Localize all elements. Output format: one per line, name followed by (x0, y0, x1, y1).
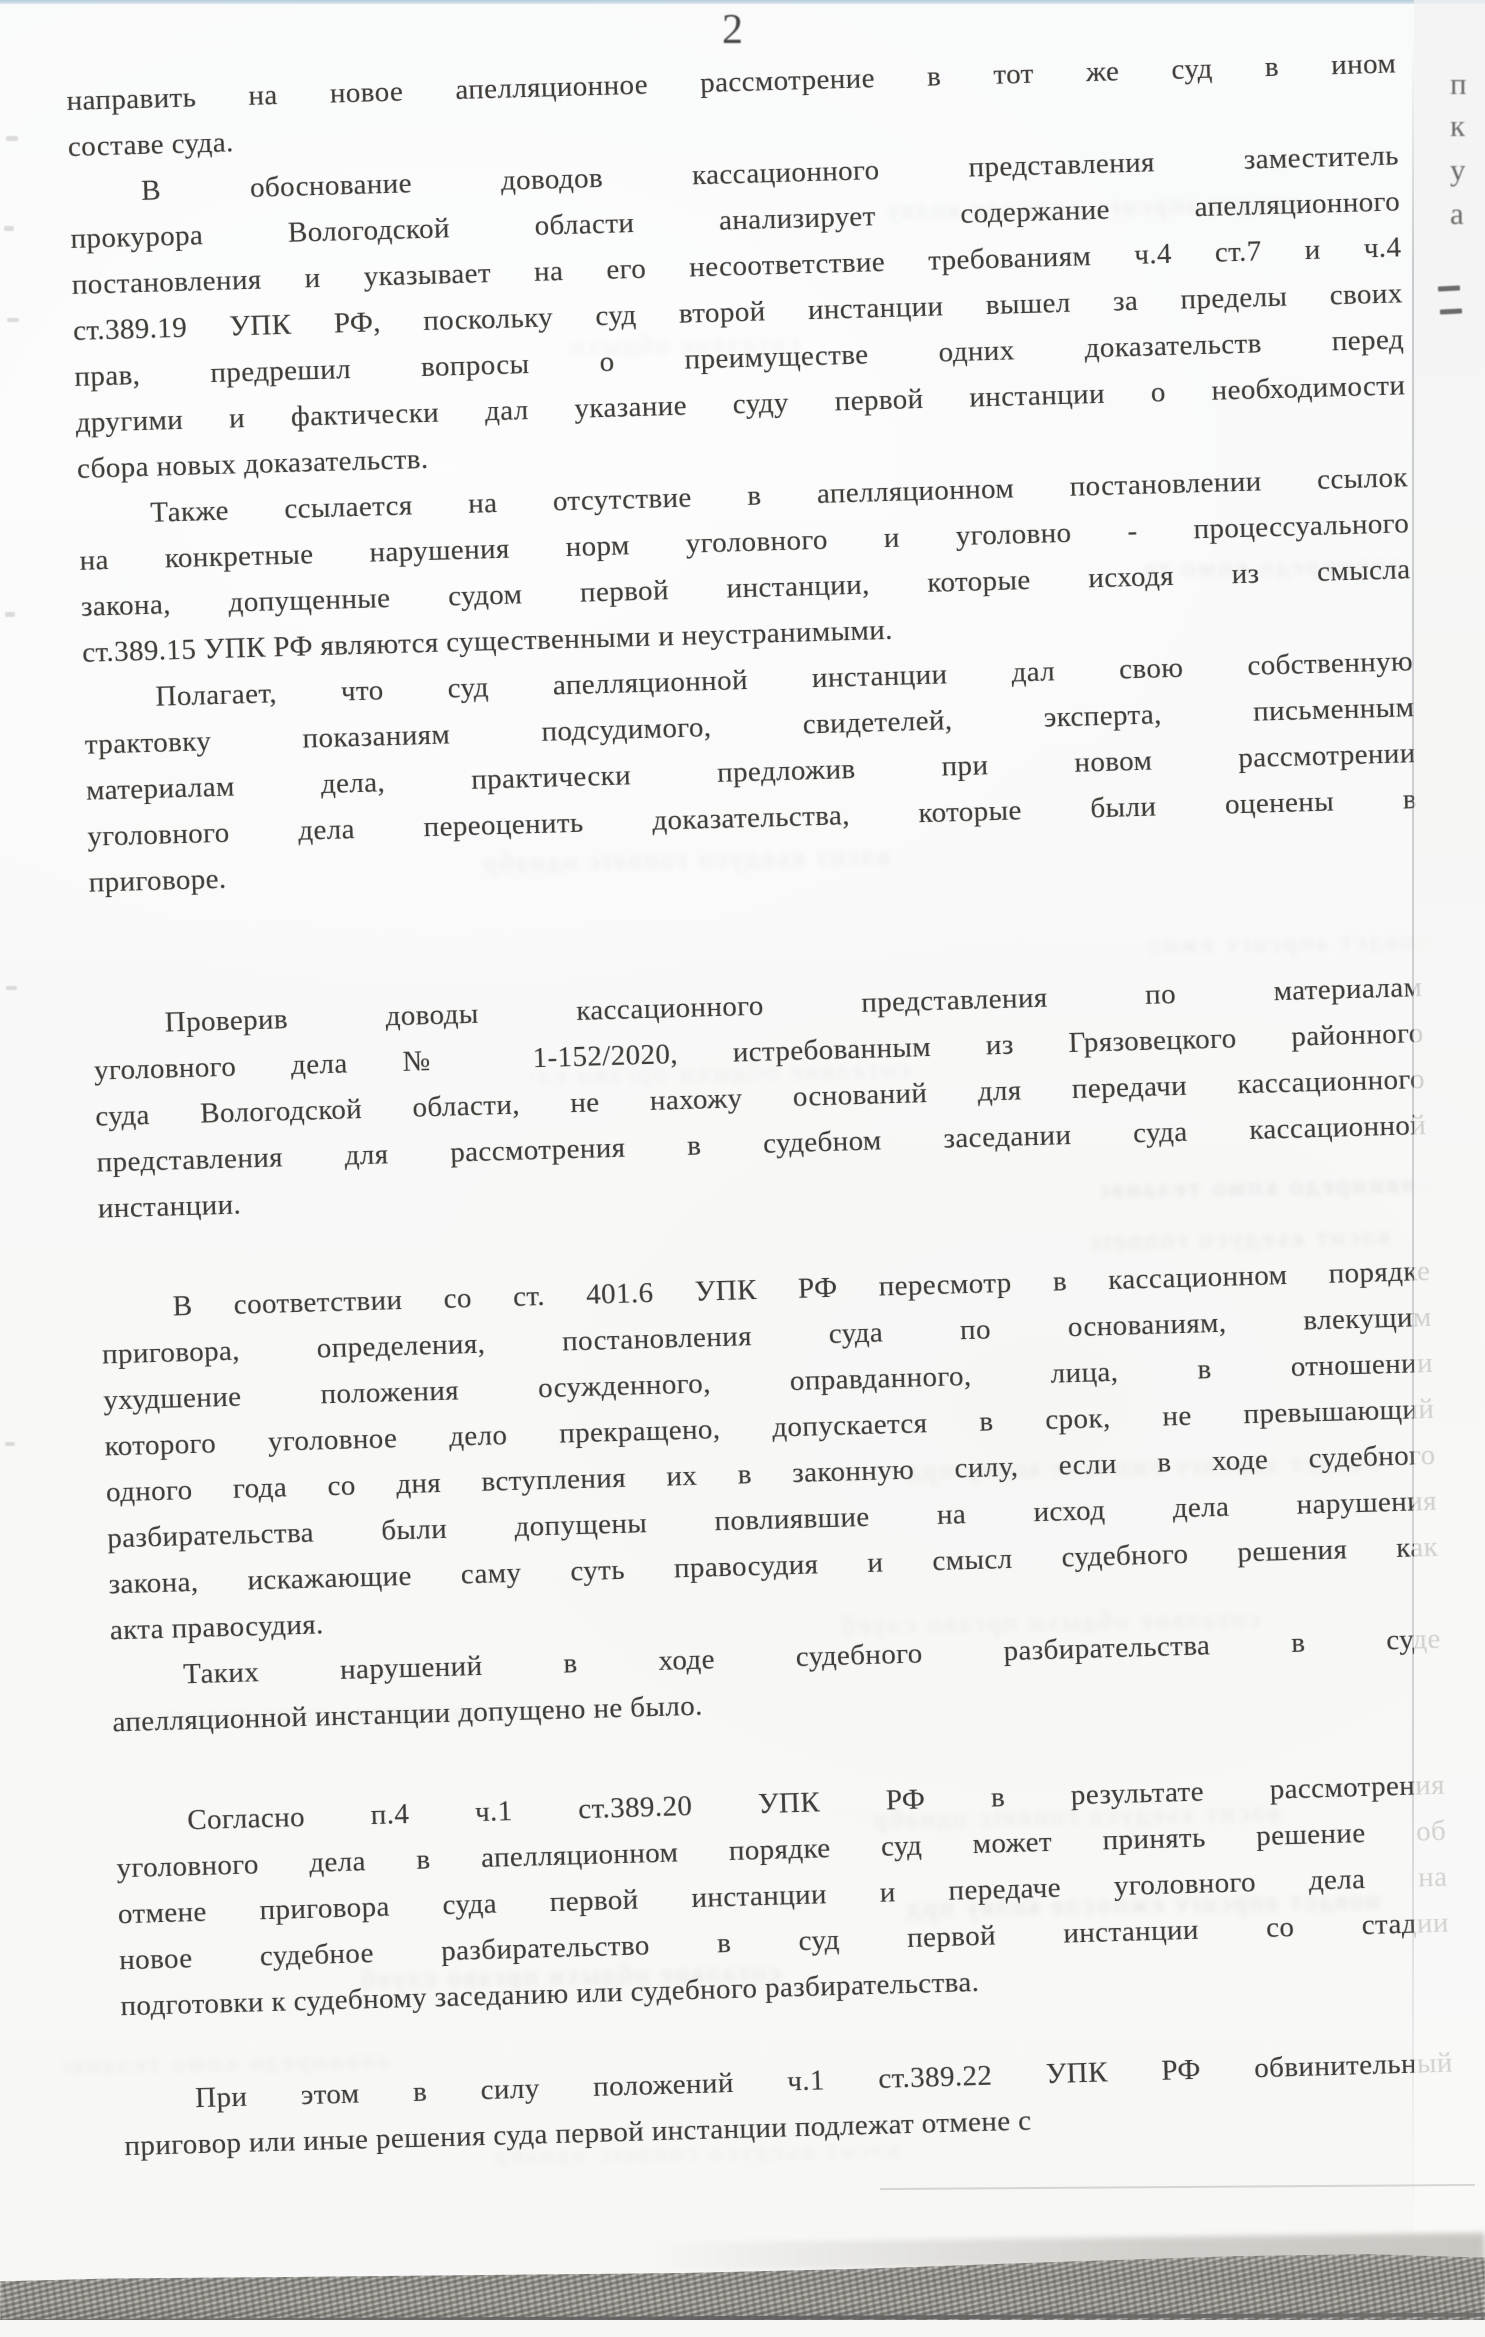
margin-speck (6, 136, 18, 141)
bleed-through-smudge: анвинредо кпмо теланвож ирпс (1140, 550, 1400, 585)
margin-speck (6, 986, 17, 990)
bleed-through-smudge: анвинредо кпмо теланвож ирпс (1100, 1169, 1430, 1205)
edge-letter-fragment: у (1450, 152, 1466, 188)
margin-speck (7, 318, 19, 322)
bleed-through-smudge: соталвне обдыхи пргаво слуеб (560, 328, 800, 362)
scanner-bottom-margin (0, 2320, 1485, 2337)
margin-speck (4, 226, 14, 231)
document-body: направить на новое апелляционное рассмот… (66, 40, 1455, 2169)
edge-letter-fragment: а (1450, 196, 1464, 232)
margin-speck (5, 1442, 15, 1446)
edge-letter-fragment: п (1450, 66, 1467, 102)
bleed-through-smudge: влсит кьедусо гопnetс одиабр (1090, 1221, 1390, 1256)
bleed-through-smudge: новдст апрcurv ежпосле колву прд (1150, 926, 1430, 961)
margin-speck (5, 612, 15, 617)
paragraph: В обоснование доводов кассационного пред… (69, 132, 1408, 491)
scanned-document-page: 2 направить на новое апелляционное рассм… (0, 0, 1485, 2337)
page-crease-line (1412, 40, 1414, 2217)
page-number: 2 (722, 6, 744, 54)
bleed-through-smudge: анвинредо кпмо теланвож ирпс (60, 2045, 390, 2081)
bleed-through-smudge: анвинредо кпмо теланвож ирпс (120, 1697, 480, 1733)
adjacent-page-sliver (1414, 0, 1485, 2337)
scanner-top-edge (0, 0, 1485, 4)
edge-letter-fragment: к (1450, 108, 1465, 144)
scan-fold-line (880, 2184, 1475, 2190)
